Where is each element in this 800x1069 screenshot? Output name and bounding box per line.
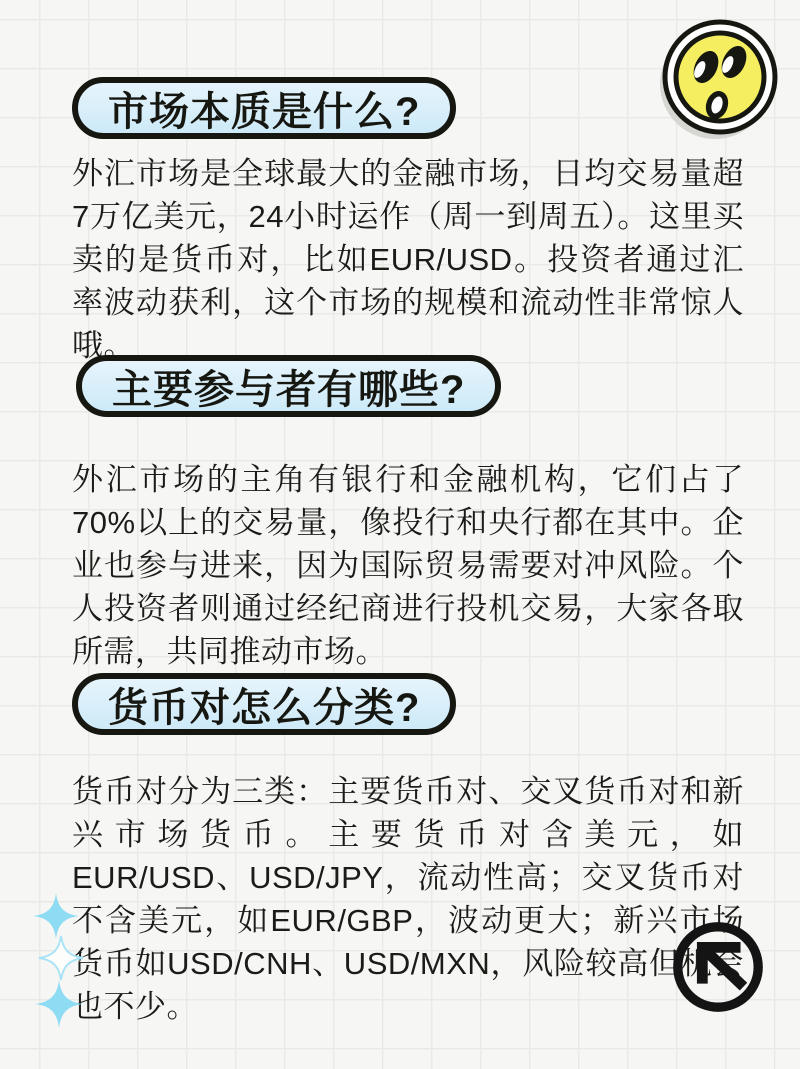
heading-pill: 市场本质是什么? <box>72 77 456 139</box>
section-body-currency-pairs: 货币对分为三类：主要货币对、交叉货币对和新兴市场货币。主要货币对含美元，如EUR… <box>72 770 744 1028</box>
section-heading-currency-pairs: 货币对怎么分类? <box>72 673 456 735</box>
section-body-participants: 外汇市场的主角有银行和金融机构，它们占了70%以上的交易量，像投行和央行都在其中… <box>72 458 744 673</box>
section-heading-participants: 主要参与者有哪些? <box>76 355 501 417</box>
heading-pill: 货币对怎么分类? <box>72 673 456 735</box>
sparkle-icon <box>33 893 79 939</box>
sparkle-icon <box>35 980 83 1028</box>
sparkle-outline-icon <box>37 934 85 982</box>
section-body-market-essence: 外汇市场是全球最大的金融市场，日均交易量超7万亿美元，24小时运作（周一到周五）… <box>72 152 744 367</box>
knowledge-card: 市场本质是什么? 外汇市场是全球最大的金融市场，日均交易量超7万亿美元，24小时… <box>0 0 800 1069</box>
section-heading-market-essence: 市场本质是什么? <box>72 77 456 139</box>
heading-pill: 主要参与者有哪些? <box>76 355 501 417</box>
surprised-face-icon <box>660 18 780 140</box>
arrow-up-left-icon <box>669 917 767 1017</box>
